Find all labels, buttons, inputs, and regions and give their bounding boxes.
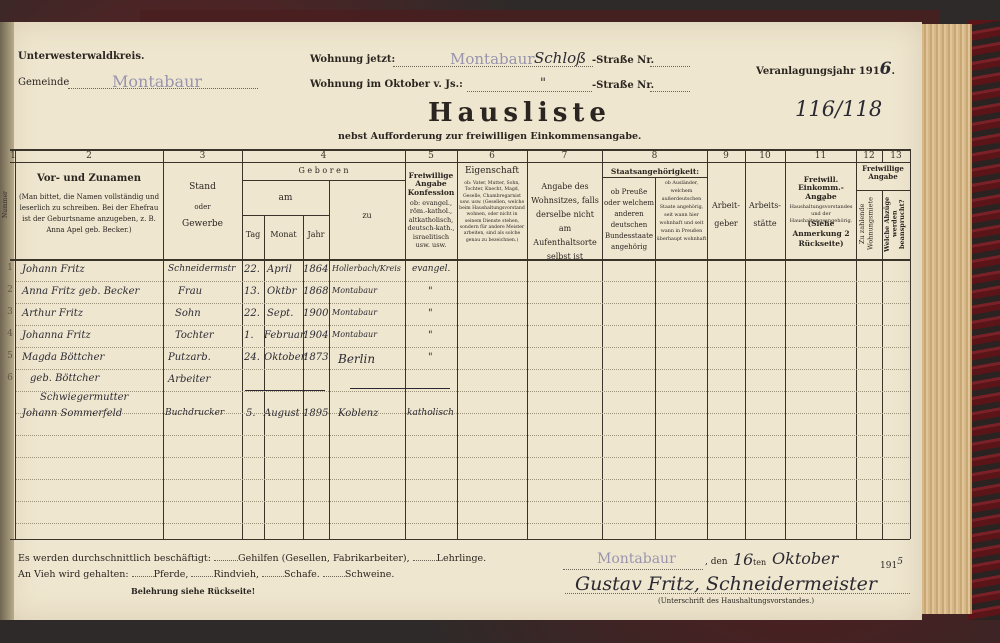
header-zu: zu bbox=[329, 212, 405, 220]
row-line-10 bbox=[16, 479, 909, 480]
street-label-1: -Straße Nr. bbox=[592, 55, 654, 66]
residence-october-line bbox=[467, 91, 592, 92]
residence-now-street-handwritten: Schloß bbox=[534, 49, 586, 67]
header-arbeitgeber: Arbeit-geber bbox=[708, 197, 744, 233]
employed-apprentices-field[interactable] bbox=[413, 560, 437, 561]
row-8-month: August bbox=[264, 408, 300, 419]
col-divider-10 bbox=[785, 149, 786, 539]
header-tag: Tag bbox=[242, 231, 264, 239]
reference-number: 116/118 bbox=[795, 97, 882, 121]
col-divider-jahr bbox=[329, 180, 330, 539]
header-jahr: Jahr bbox=[303, 231, 329, 239]
street-number-line-1 bbox=[650, 66, 690, 67]
col-number-3: 3 bbox=[163, 151, 242, 161]
livestock-row: An Vieh wird gehalten: Pferde, Rindvieh,… bbox=[18, 569, 394, 580]
signature-caption: (Unterschrift des Haushaltungsvorstandes… bbox=[658, 597, 814, 605]
header-freiwillige-angabe: Freiwillige Angabe bbox=[856, 165, 910, 182]
header-preusse: ob Preuße oder welchem anderen deutschen… bbox=[603, 187, 655, 253]
table-bottom-border bbox=[10, 539, 910, 540]
employed-apprentices-label: Lehrlinge. bbox=[437, 553, 487, 564]
row-2-day: 13. bbox=[244, 286, 260, 297]
row-2-place: Montabaur bbox=[332, 286, 377, 295]
col-number-6: 6 bbox=[457, 151, 527, 161]
row-3-year: 1900 bbox=[303, 308, 328, 319]
row-3-name: Arthur Fritz bbox=[22, 308, 83, 319]
page-subtitle: nebst Aufforderung zur freiwilligen Eink… bbox=[338, 131, 641, 142]
row-3-place: Montabaur bbox=[332, 308, 377, 317]
header-monat: Monat bbox=[264, 231, 303, 239]
row-number-5: 5 bbox=[5, 351, 15, 361]
am-separator bbox=[242, 215, 329, 216]
assessment-year-prefix: Veranlagungsjahr 191 bbox=[756, 66, 880, 77]
row-1-year: 1864 bbox=[303, 264, 328, 275]
header-eigenschaft-title: Eigenschaft bbox=[458, 167, 526, 175]
date-year: 1915 bbox=[880, 557, 903, 571]
row-6-name: geb. Böttcher bbox=[30, 373, 99, 384]
row-4-place: Montabaur bbox=[332, 330, 377, 339]
municipality-label: Gemeinde bbox=[18, 77, 69, 88]
row-1-month: April bbox=[267, 264, 292, 275]
page-title: Hausliste bbox=[428, 98, 611, 128]
row-6-strike-2 bbox=[350, 388, 450, 389]
row-line-2 bbox=[16, 303, 909, 304]
row-1-name: Johann Fritz bbox=[22, 264, 85, 275]
horses-field[interactable] bbox=[132, 576, 154, 577]
header-stand-line3: Gewerbe bbox=[163, 220, 242, 228]
col-divider-tag bbox=[264, 215, 265, 539]
livestock-label: An Vieh wird gehalten: bbox=[18, 569, 129, 580]
row-8-occupation: Buchdrucker bbox=[165, 408, 224, 418]
row-4-name: Johanna Fritz bbox=[22, 330, 91, 341]
header-nummer: Nummer bbox=[2, 185, 16, 225]
row-line-5 bbox=[16, 369, 909, 370]
col-number-11: 11 bbox=[785, 151, 856, 161]
header-einkommen-ref: (Siehe Anmerkung 2 Rückseite) bbox=[787, 219, 855, 249]
freiwillige-separator bbox=[856, 190, 910, 191]
assessment-year-label: Veranlagungsjahr 1916. bbox=[756, 59, 895, 79]
col-number-9: 9 bbox=[707, 151, 745, 161]
col-divider-3 bbox=[242, 149, 243, 539]
date-ten: ten bbox=[753, 558, 766, 567]
row-line-8 bbox=[16, 435, 909, 436]
row-3-religion: " bbox=[428, 308, 433, 319]
residence-october-ditto: " bbox=[540, 76, 546, 91]
col-divider-11 bbox=[856, 149, 857, 539]
header-eigenschaft-note: ob: Vater, Mutter, Sohn, Tochter, Knecht… bbox=[458, 181, 526, 244]
row-1-religion: evangel. bbox=[412, 264, 450, 274]
col-divider-13 bbox=[910, 149, 911, 539]
header-geboren: G e b o r e n bbox=[242, 167, 405, 175]
assessment-year-period: . bbox=[892, 66, 895, 77]
column-number-separator bbox=[10, 162, 910, 163]
district-label: Unterwesterwaldkreis. bbox=[18, 51, 144, 62]
col-divider-6 bbox=[527, 149, 528, 539]
row-8-day: 5. bbox=[246, 408, 256, 419]
municipality-stamp: Montabaur bbox=[112, 72, 202, 91]
header-auslaender: ob Ausländer, welchem außerdeutschen Sta… bbox=[656, 180, 707, 244]
place-stamp: Montabaur bbox=[597, 551, 676, 567]
row-3-month: Sept. bbox=[267, 308, 293, 319]
row-line-9 bbox=[16, 457, 909, 458]
row-2-religion: " bbox=[428, 286, 433, 297]
row-1-day: 22. bbox=[244, 264, 260, 275]
date-month: Oktober bbox=[772, 549, 838, 568]
row-line-3 bbox=[16, 325, 909, 326]
col-number-8: 8 bbox=[602, 151, 707, 161]
header-bottom-border bbox=[10, 259, 910, 261]
row-7-name: Schwiegermutter bbox=[40, 392, 128, 403]
row-2-occupation: Frau bbox=[178, 286, 202, 297]
employed-assistants-field[interactable] bbox=[214, 560, 238, 561]
row-5-occupation: Putzarb. bbox=[168, 352, 211, 363]
header-abzuege: Welche Abzüge werden beansprucht? bbox=[884, 193, 908, 255]
row-number-3: 3 bbox=[5, 307, 15, 317]
row-3-occupation: Sohn bbox=[175, 308, 201, 319]
row-5-month: Oktober bbox=[264, 352, 305, 363]
header-konfession-note: ob: evangel., röm.-kathol., altkatholisc… bbox=[406, 199, 456, 249]
street-label-2: -Straße Nr. bbox=[592, 80, 654, 91]
row-5-year: 1873 bbox=[303, 352, 328, 363]
row-5-day: 24. bbox=[244, 352, 260, 363]
row-2-month: Oktbr bbox=[267, 286, 296, 297]
street-number-line-2 bbox=[650, 91, 690, 92]
row-line-12 bbox=[16, 523, 909, 524]
row-line-11 bbox=[16, 501, 909, 502]
row-line-6 bbox=[16, 391, 909, 392]
staatsangehoerigkeit-separator bbox=[602, 177, 707, 178]
col-number-7: 7 bbox=[527, 151, 602, 161]
row-4-month: Februar bbox=[264, 330, 305, 341]
residence-october-label: Wohnung im Oktober v. Js.: bbox=[310, 79, 463, 90]
row-8-name: Johann Sommerfeld bbox=[22, 408, 122, 419]
row-5-name: Magda Böttcher bbox=[22, 352, 104, 363]
date-year-prefix: 191 bbox=[880, 561, 897, 571]
col-number-5: 5 bbox=[405, 151, 457, 161]
pigs-label: Schweine. bbox=[345, 569, 395, 580]
row-line-1 bbox=[16, 281, 909, 282]
header-wohnungsmiete: Zu zahlende Wohnungsmiete bbox=[858, 193, 880, 255]
row-number-6: 6 bbox=[5, 373, 15, 383]
pigs-field[interactable] bbox=[323, 576, 345, 577]
header-wohnsitz: Angabe des Wohnsitzes, falls derselbe ni… bbox=[529, 180, 601, 264]
header-stand-line1: Stand bbox=[163, 183, 242, 191]
row-number-2: 2 bbox=[5, 285, 15, 295]
employed-label: Es werden durchschnittlich beschäftigt: bbox=[18, 553, 211, 564]
residence-now-stamp: Montabaur bbox=[450, 50, 534, 68]
row-line-4 bbox=[16, 347, 909, 348]
instruction-note: Belehrung siehe Rückseite! bbox=[131, 586, 255, 596]
row-5-religion: " bbox=[428, 352, 433, 363]
row-4-religion: " bbox=[428, 330, 433, 341]
header-names-title: Vor- und Zunamen bbox=[17, 175, 161, 183]
col-number-13: 13 bbox=[882, 151, 910, 161]
row-6-occupation: Arbeiter bbox=[168, 374, 210, 385]
residence-now-label: Wohnung jetzt: bbox=[310, 54, 395, 65]
header-names-note: (Man bittet, die Namen vollständig und l… bbox=[18, 192, 160, 236]
header-stand-line2: oder bbox=[163, 203, 242, 211]
date-den: , den bbox=[705, 557, 728, 567]
row-1-occupation: Schneidermstr bbox=[168, 264, 235, 274]
col-number-10: 10 bbox=[745, 151, 785, 161]
header-konfession-title: Freiwillige Angabe Konfession bbox=[406, 172, 456, 197]
row-8-place: Koblenz bbox=[338, 408, 378, 419]
header-arbeitsstaette: Arbeits-stätte bbox=[746, 197, 784, 233]
cattle-field[interactable] bbox=[191, 576, 213, 577]
row-8-year: 1895 bbox=[303, 408, 328, 419]
row-2-year: 1868 bbox=[303, 286, 328, 297]
date-year-digit: 5 bbox=[897, 557, 903, 567]
header-am: am bbox=[242, 194, 329, 202]
geboren-separator bbox=[242, 180, 405, 181]
row-number-1: 1 bbox=[5, 263, 15, 273]
sheep-label: Schafe. bbox=[284, 569, 320, 580]
row-1-place: Hollerbach/Kreis bbox=[332, 264, 401, 273]
sheep-field[interactable] bbox=[262, 576, 284, 577]
row-number-4: 4 bbox=[5, 329, 15, 339]
date-day: 16 bbox=[733, 550, 753, 569]
row-3-day: 22. bbox=[244, 308, 260, 319]
row-4-day: 1. bbox=[244, 330, 254, 341]
col-number-2: 2 bbox=[15, 151, 163, 161]
page-gutter bbox=[0, 22, 14, 620]
employed-row: Es werden durchschnittlich beschäftigt: … bbox=[18, 553, 486, 564]
signature: Gustav Fritz, Schneidermeister bbox=[575, 573, 877, 595]
row-8-religion: katholisch bbox=[407, 408, 454, 418]
book-cover-marbled-edge bbox=[968, 20, 1000, 620]
row-4-year: 1904 bbox=[303, 330, 328, 341]
col-number-4: 4 bbox=[242, 151, 405, 161]
place-line bbox=[563, 569, 703, 570]
col-number-12: 12 bbox=[856, 151, 882, 161]
row-5-place: Berlin bbox=[338, 352, 375, 366]
horses-label: Pferde, bbox=[154, 569, 189, 580]
row-6-strike-1 bbox=[245, 390, 325, 391]
row-2-name: Anna Fritz geb. Becker bbox=[22, 286, 139, 297]
assessment-year-digit: 6 bbox=[880, 59, 892, 79]
cattle-label: Rindvieh, bbox=[213, 569, 259, 580]
employed-assistants-label: Gehilfen (Gesellen, Fabrikarbeiter), bbox=[238, 553, 410, 564]
row-4-occupation: Tochter bbox=[175, 330, 214, 341]
row-line-7 bbox=[16, 413, 909, 414]
header-staatsangehoerigkeit: Staatsangehörigkeit: bbox=[603, 168, 707, 176]
book-page-edges bbox=[922, 24, 972, 614]
